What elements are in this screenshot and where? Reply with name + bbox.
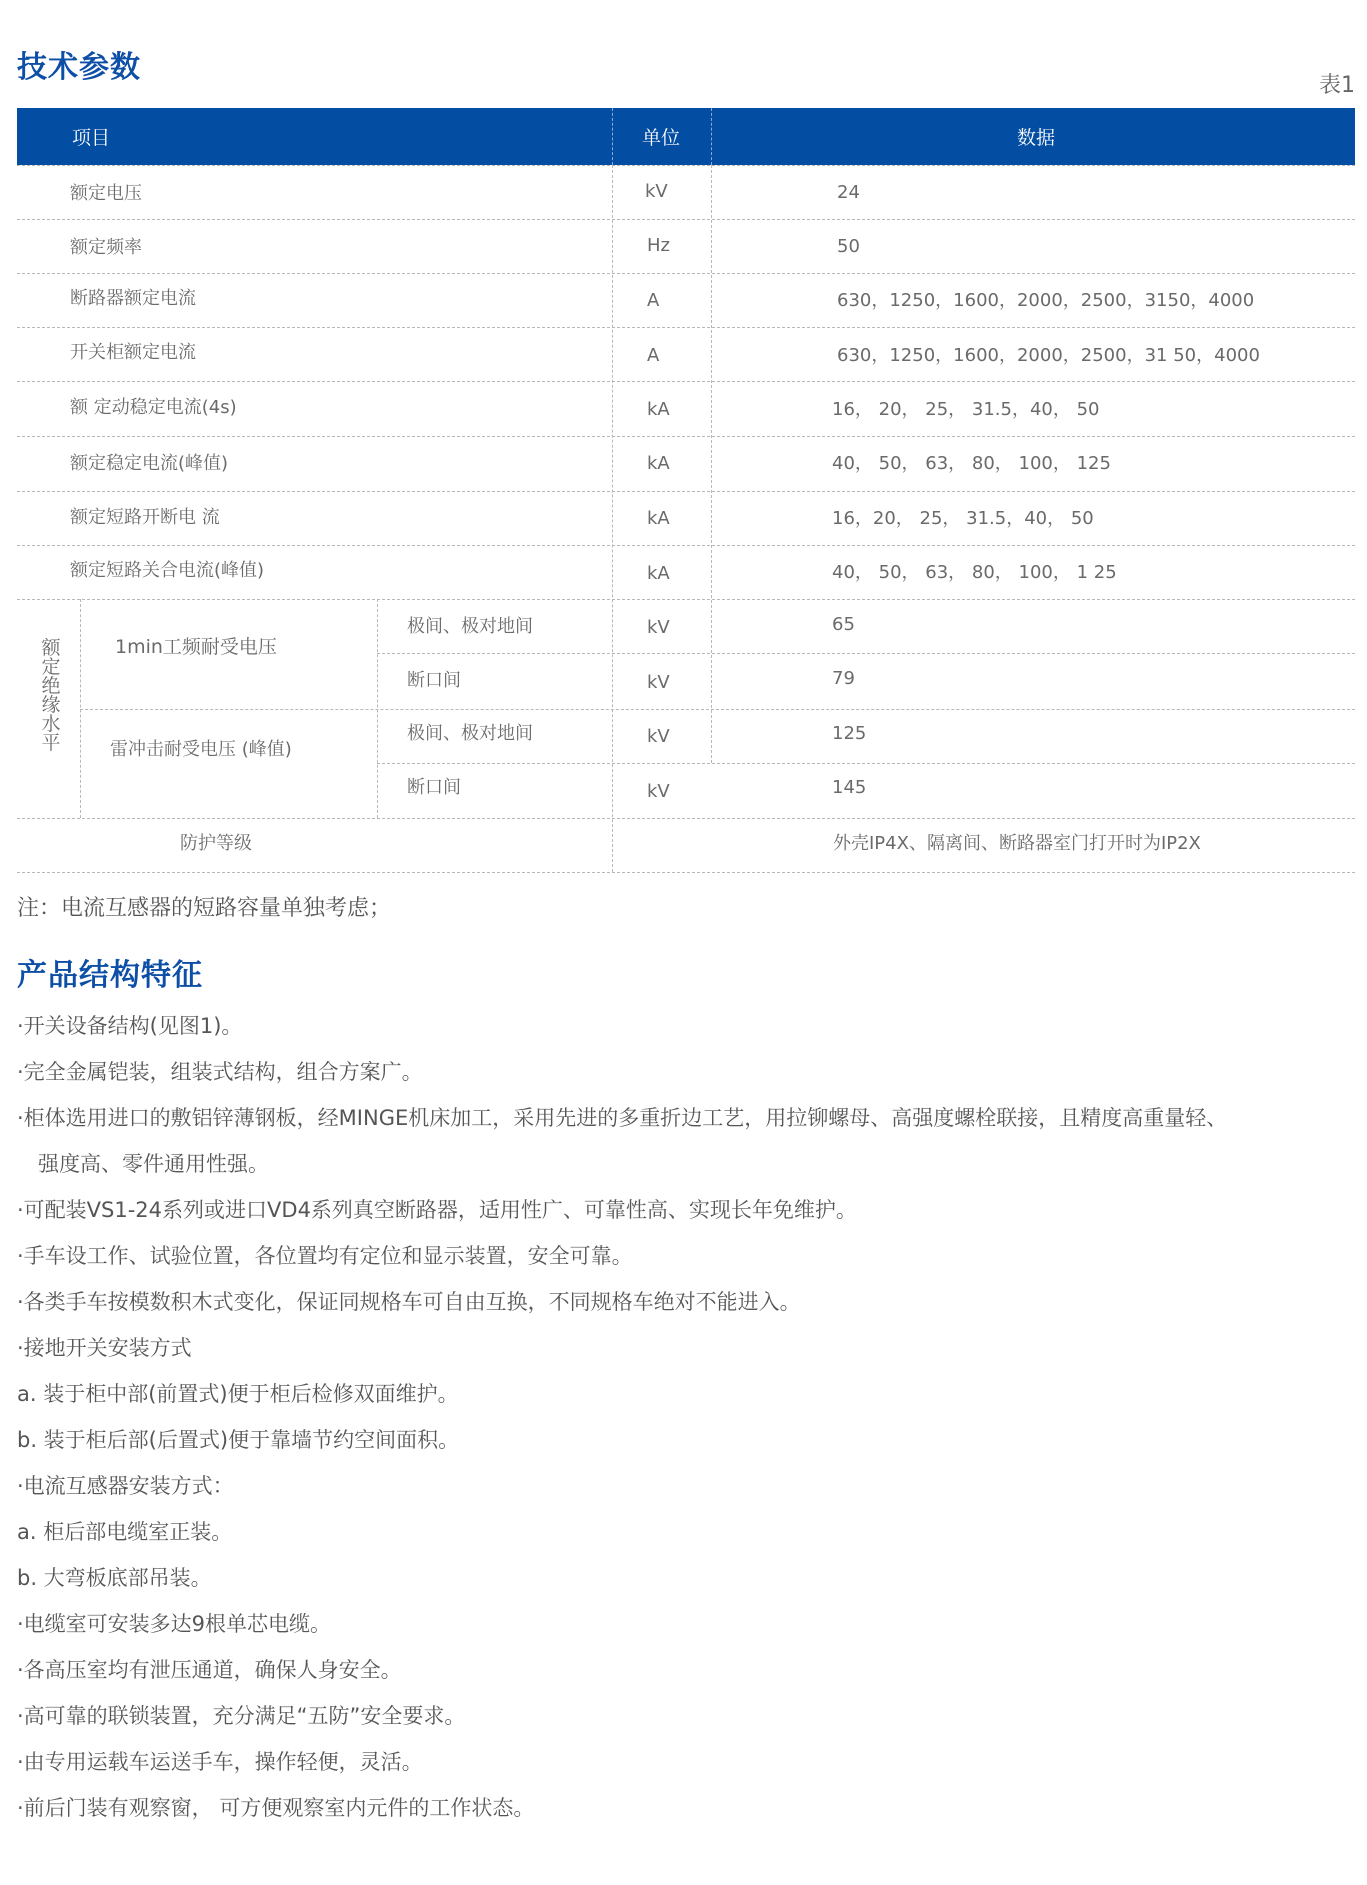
protection-item: 防护等级: [180, 835, 252, 853]
insulation-value: 79: [832, 670, 855, 688]
feature-item: b. 装于柜后部(后置式)便于靠墙节约空间面积。: [17, 1424, 459, 1454]
row-value: 630，1250，1600，2000，2500，31 50，4000: [837, 347, 1260, 365]
row-item: 额 定动稳定电流(4s): [70, 399, 237, 417]
row-value: 16， 20， 25， 31.5，40， 50: [832, 401, 1100, 419]
feature-item: a. 柜后部电缆室正装。: [17, 1516, 232, 1546]
row-value: 630，1250，1600，2000，2500，3150，4000: [837, 292, 1254, 310]
protection-value: 外壳IP4X、隔离间、断路器室门打开时为IP2X: [833, 835, 1201, 853]
insulation-value: 145: [832, 779, 866, 797]
row-divider: [17, 545, 1355, 546]
row-divider: [17, 381, 1355, 382]
feature-item: ·柜体选用进口的敷铝锌薄钢板，经MINGE机床加工，采用先进的多重折边工艺，用拉…: [17, 1102, 1227, 1132]
insulation-value: 125: [832, 725, 866, 743]
row-divider: [377, 653, 1355, 654]
row-unit: kA: [647, 565, 670, 583]
section-title-structure: 产品结构特征: [17, 950, 203, 994]
row-unit: kV: [645, 183, 668, 201]
row-unit: A: [647, 292, 659, 310]
row-value: 24: [837, 184, 860, 202]
row-item: 额定电压: [70, 185, 142, 203]
column-divider: [711, 165, 712, 763]
table-note: 注：电流互感器的短路容量单独考虑；: [17, 891, 391, 922]
feature-item: ·各类手车按模数积木式变化，保证同规格车可自由互换，不同规格车绝对不能进入。: [17, 1286, 801, 1316]
row-divider: [17, 327, 1355, 328]
insulation-item: 极间、极对地间: [407, 618, 533, 636]
insulation-unit: kV: [647, 674, 670, 692]
table-header: 项目 单位 数据: [17, 108, 1355, 165]
row-divider: [17, 273, 1355, 274]
header-divider: [612, 108, 613, 165]
insulation-unit: kV: [647, 619, 670, 637]
feature-item: 强度高、零件通用性强。: [38, 1148, 269, 1178]
row-divider: [80, 709, 1355, 710]
row-item: 额定短路开断电 流: [70, 509, 220, 527]
row-unit: kA: [647, 455, 670, 473]
row-divider: [17, 872, 1355, 873]
feature-item: ·手车设工作、试验位置，各位置均有定位和显示装置，安全可靠。: [17, 1240, 633, 1270]
spec-table: 项目 单位 数据 额定电压 kV 24 额定频率 Hz 50 断路器额定电流 A…: [17, 108, 1355, 872]
row-unit: A: [647, 347, 659, 365]
column-divider: [377, 599, 378, 818]
feature-item: ·完全金属铠装，组装式结构，组合方案广。: [17, 1056, 423, 1086]
column-divider: [80, 599, 81, 818]
feature-item: ·前后门装有观察窗， 可方便观察室内元件的工作状态。: [17, 1792, 534, 1822]
row-divider: [17, 436, 1355, 437]
section-title-tech-params: 技术参数: [17, 42, 141, 86]
feature-item: ·高可靠的联锁装置，充分满足“五防”安全要求。: [17, 1700, 465, 1730]
feature-item: ·开关设备结构(见图1)。: [17, 1010, 242, 1040]
feature-item: ·各高压室均有泄压通道，确保人身安全。: [17, 1654, 402, 1684]
feature-item: ·由专用运载车运送手车，操作轻便，灵活。: [17, 1746, 423, 1776]
feature-item: ·电流互感器安装方式：: [17, 1470, 234, 1500]
column-divider: [612, 165, 613, 872]
header-data: 数据: [1017, 123, 1055, 150]
feature-item: a. 装于柜中部(前置式)便于柜后检修双面维护。: [17, 1378, 459, 1408]
insulation-unit: kV: [647, 783, 670, 801]
insulation-group-label: 额定绝缘水平: [39, 639, 63, 753]
row-value: 16，20， 25， 31.5，40， 50: [832, 510, 1094, 528]
feature-item: b. 大弯板底部吊装。: [17, 1562, 212, 1592]
row-divider: [17, 165, 1355, 166]
insulation-subgroup-label: 雷冲击耐受电压 (峰值): [110, 741, 292, 759]
insulation-item: 断口间: [407, 779, 461, 797]
insulation-unit: kV: [647, 728, 670, 746]
table-label: 表1: [1319, 68, 1355, 99]
header-divider: [711, 108, 712, 165]
row-value: 40， 50， 63， 80， 100， 125: [832, 455, 1111, 473]
insulation-subgroup-label: 1min工频耐受电压: [115, 638, 277, 657]
row-item: 额定短路关合电流(峰值): [70, 562, 264, 580]
header-item: 项目: [72, 123, 110, 150]
row-value: 50: [837, 238, 860, 256]
row-divider: [377, 763, 1355, 764]
row-item: 断路器额定电流: [70, 290, 196, 308]
insulation-value: 65: [832, 616, 855, 634]
row-divider: [17, 599, 1355, 600]
feature-item: ·接地开关安装方式: [17, 1332, 192, 1362]
insulation-item: 极间、极对地间: [407, 725, 533, 743]
insulation-item: 断口间: [407, 672, 461, 690]
row-item: 额定频率: [70, 239, 142, 257]
row-divider: [17, 219, 1355, 220]
row-unit: kA: [647, 401, 670, 419]
header-unit: 单位: [642, 123, 680, 150]
row-item: 开关柜额定电流: [70, 344, 196, 362]
row-divider: [17, 818, 1355, 819]
row-divider: [17, 491, 1355, 492]
row-unit: Hz: [647, 237, 670, 255]
feature-item: ·可配装VS1-24系列或进口VD4系列真空断路器，适用性广、可靠性高、实现长年…: [17, 1194, 857, 1224]
feature-item: ·电缆室可安装多达9根单芯电缆。: [17, 1608, 331, 1638]
row-value: 40， 50， 63， 80， 100， 1 25: [832, 564, 1117, 582]
row-item: 额定稳定电流(峰值): [70, 455, 228, 473]
row-unit: kA: [647, 510, 670, 528]
